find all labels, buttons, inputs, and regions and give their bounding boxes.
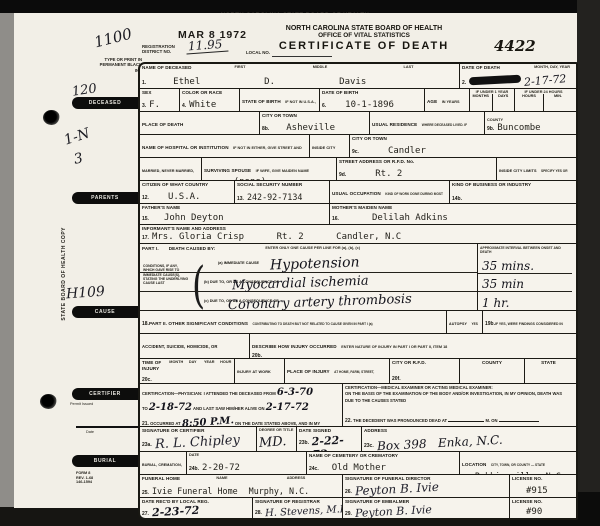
interval-header: APPROXIMATE INTERVAL BETWEEN ONSET AND D… [478,244,572,256]
embalmer-license-value: #90 [512,507,542,517]
field-label: IF YES, WERE FINDINGS CONSIDERED IN DETE… [485,322,563,333]
field-number: 17. [142,235,149,241]
field-under-1-year: IF UNDER 1 YEAR MONTHSDAYS [470,89,515,111]
field-industry: KIND OF BUSINESS OR INDUSTRY 14b. [450,181,572,203]
field-label: DATE OF DEATH [462,65,500,71]
field-number: 26. [345,489,352,495]
field-label: DATE [189,453,304,457]
col-months: MONTHS [470,94,492,111]
field-number: 13. [237,196,244,202]
cause-b-value: Myocardial ischemia [232,274,369,294]
field-pod-inside-city-limits: INSIDE CITY LIMITS SPECIFY YES OR NO 8d.… [310,135,350,157]
field-mother-name: MOTHER'S MAIDEN NAME 16.Delilah Adkins [330,204,572,224]
director-license-value: #915 [512,486,548,496]
col-header-last: LAST [360,65,457,71]
field-place-of-injury: PLACE OF INJURY AT HOME, FARM, STREET, F… [285,359,390,383]
certifier-address-value: Box 398 Enka, N.C. [376,433,502,451]
field-label: STREET ADDRESS OR R.F.D. No. [339,159,494,165]
field-label: BURIAL, CREMATION, OTHER [142,463,182,474]
field-certifier-address: ADDRESS 23c.Box 398 Enka, N.C. [362,427,572,451]
field-embalmer-signature: SIGNATURE OF EMBALMER 29.Peyton B. Ivie [343,498,510,518]
field-sublabel: MONTH, DAY, YEAR [534,65,570,71]
certificate-paper: 1100 TYPE OR PRINT IN PERMANENT BLACK IN… [14,13,577,508]
field-occupation: USUAL OCCUPATION KIND OF WORK DONE DURIN… [330,181,450,203]
margin-tab-cause: CAUSE [72,306,138,318]
field-label: LOCATION [462,462,486,467]
group-label: USUAL RESIDENCE [372,122,417,127]
field-number: 20c. [142,377,152,383]
board-name: NORTH CAROLINA STATE BOARD OF HEALTH [264,25,464,32]
field-number: 4. [182,103,186,109]
field-label: NAME OF CEMETERY OR CREMATORY [309,453,457,459]
physician-cert-text1: I ATTENDED THE DECEASED FROM [204,391,276,396]
local-no-blank [272,56,332,57]
field-funeral-home: FUNERAL HOME NAME ADDRESS 25. Ivie Funer… [140,475,343,497]
certificate-number: 4422 [494,37,536,55]
field-part2-conditions: 18.PART II. OTHER SIGNIFICANT CONDITIONS… [140,311,447,333]
field-place-of-death-county: PLACE OF DEATH COUNTY 8a.Buncombe [140,112,260,134]
attended-to-date: 2-18-72 [149,400,192,415]
page-title: CERTIFICATE OF DEATH [264,40,464,52]
field-autopsy: AUTOPSY YES OR NO 19a.No [447,311,483,333]
field-label: COLOR OR RACE [182,90,237,96]
scan-top-bar [0,0,600,13]
field-label: MOTHER'S MAIDEN NAME [332,205,570,211]
cemetery-location-value: Robbinsville, N.C. [475,471,566,474]
field-informant: INFORMANT'S NAME AND ADDRESS 17.Mrs. Glo… [140,225,572,243]
punch-hole-top [43,110,60,125]
registration-district-label: REGISTRATION DISTRICT NO. [142,44,184,55]
field-surviving-spouse: SURVIVING SPOUSE IF WIFE, GIVE MAIDEN NA… [202,158,337,180]
registration-district-value: 11.95 [186,37,229,55]
field-director-license: LICENSE NO. #915 [510,475,572,497]
col-hour: HOUR [218,360,235,371]
strikeout-scribble [469,75,521,86]
margin-date-line [76,426,138,428]
date-of-death-value: 2-17-72 [524,72,567,88]
physician-cert-title: CERTIFICATION—PHYSICIAN: [142,391,202,396]
field-number: 29. [345,511,352,517]
field-date-of-death: DATE OF DEATH MONTH, DAY, YEAR 2. 2-17-7… [460,64,572,88]
spouse-value: (none) [214,177,267,180]
part1-label: PART I. [142,246,159,254]
field-label: CITY OR R.F.D. [392,360,457,366]
col-name: NAME [192,476,252,482]
me-cert-text1: ON THE BASIS OF THE [345,391,391,396]
margin-handwriting-1n: 1-N [62,125,92,148]
residence-county-value: Buncombe [497,123,540,133]
field-injury-state: STATE [525,359,572,383]
interval-a-value: 35 mins. [478,256,572,274]
field-number: 24c. [309,466,319,472]
section-certification-medical-examiner: CERTIFICATION—MEDICAL EXAMINER OR ACTING… [343,384,572,426]
date-signed-value: 2-22-72 [311,432,359,451]
m-on-label: M. ON [485,418,497,423]
punch-hole-bottom [40,394,57,409]
field-label: AGE [427,99,437,104]
cause-line-b: (b) DUE TO, OR AS A CONSEQUENCE OF Myoca… [140,273,477,292]
burial-date-value: 2-20-72 [202,463,240,473]
field-age: AGE IN YEARS LAST BIRTHDAY 7.75 [425,89,470,111]
field-number: 15. [142,216,149,222]
name-middle-value: D. [264,77,336,87]
col-min: MIN. [543,94,572,111]
section-cause-interval: APPROXIMATE INTERVAL BETWEEN ONSET AND D… [478,244,572,310]
field-label: SIGNATURE OF REGISTRAR [255,499,340,505]
field-number: 1. [142,80,146,86]
field-label: INSIDE CITY LIMITS [499,169,537,173]
field-injury-county: COUNTY [460,359,525,383]
field-label: MARRIED, NEVER MARRIED, WIDOWED, DIVORCE… [142,169,194,180]
margin-copy-label: STATE BOARD OF HEALTH COPY [61,227,67,321]
field-label: ADDRESS [364,428,570,434]
margin-print-note: TYPE OR PRINT IN PERMANENT BLACK INK [98,57,142,73]
ssn-value: 242-92-7134 [247,192,302,202]
field-sex: SEX 3.F. [140,89,180,111]
field-label: PLACE OF INJURY [287,369,330,374]
field-date-signed: DATE SIGNED 23b.2-22-72 [297,427,362,451]
margin-form-note-3: 146-1594 [76,480,93,485]
field-number: 25. [142,490,149,496]
field-label: SEX [142,90,177,96]
name-first-value: Ethel [149,77,261,87]
field-number: 12. [142,195,149,201]
degree-value: MD. [259,434,287,451]
field-label: CITIZEN OF WHAT COUNTRY [142,182,232,188]
field-number: 9c. [352,149,359,155]
field-name-of-deceased: NAME OF DECEASED FIRST MIDDLE LAST 1. Et… [140,64,460,88]
field-ssn: SOCIAL SECURITY NUMBER 13.242-92-7134 [235,181,330,203]
field-sublabel: CONTRIBUTING TO DEATH BUT NOT RELATED TO… [252,322,372,326]
field-label: NAME OF HOSPITAL OR INSTITUTION [142,145,229,150]
field-number: 19b. [485,321,495,327]
field-date-of-birth: DATE OF BIRTH 6.10-1-1896 [320,89,425,111]
cause-c-value: Coronary artery thrombosis [228,292,412,310]
field-number: 23a. [142,442,152,448]
funeral-director-signature-value: Peyton B. Ivie [355,480,440,497]
field-time-of-injury: TIME OF INJURY MONTH DAY YEAR HOUR 20c. [140,359,235,383]
caused-by-label: DEATH CAUSED BY: [169,246,216,254]
field-label: USUAL OCCUPATION [332,191,381,196]
field-number: 27. [142,511,149,517]
field-citizen: CITIZEN OF WHAT COUNTRY 12.U.S.A. [140,181,235,203]
field-place-of-death-city: CITY OR TOWN 8b.Asheville [260,112,370,134]
field-label: FATHER'S NAME [142,205,327,211]
section-cause-part1: PART I. DEATH CAUSED BY: ENTER ONLY ONE … [140,244,478,310]
field-accident-type: ACCIDENT, SUICIDE, HOMICIDE, OR UNDETERM… [140,334,250,358]
cause-a-value: Hypotension [270,254,360,273]
scan-right-bar [577,0,600,526]
field-label: SURVIVING SPOUSE [204,168,251,173]
field-label: STATE [527,360,570,366]
field-number: 28. [255,510,262,516]
field-injury-at-work: INJURY AT WORK SPECIFY YES OR NO 20d. [235,359,285,383]
field-certifier-signature: SIGNATURE OR CERTIFIER 23a.R. L. Chipley [140,427,257,451]
field-number: 20f. [392,376,401,382]
field-sublabel: IF WIFE, GIVE MAIDEN NAME [256,169,309,173]
name-last-value: Davis [339,77,366,87]
field-label: INSIDE CITY LIMITS [312,146,335,157]
field-sublabel: ENTER NATURE OF INJURY IN PART I OR PART… [341,345,447,349]
field-state-of-birth: STATE OF BIRTH IF NOT IN U.S.A., NAME CO… [240,89,320,111]
field-label: AUTOPSY [449,322,467,326]
field-autopsy-findings: 19b.IF YES, WERE FINDINGS CONSIDERED IN … [483,311,572,333]
cause-line-a: (a) IMMEDIATE CAUSE Hypotension [140,254,477,273]
field-burial-date: DATE 24b.2-20-72 [187,452,307,474]
col-header-first: FIRST [200,65,280,71]
field-label: INJURY AT WORK [237,370,271,374]
citizen-value: U.S.A. [152,192,201,202]
margin-handwriting-1100: 1100 [92,25,133,52]
pronounced-dead-text: THE DECEDENT WAS PRONOUNCED DEAD AT [353,418,447,423]
field-number: 14b. [452,196,462,202]
interval-c-value: 1 hr. [478,292,572,310]
field-number: 18. [142,321,149,327]
field-hospital: NAME OF HOSPITAL OR INSTITUTION IF NOT I… [140,135,310,157]
col-header-middle: MIDDLE [280,65,360,71]
col-day: DAY [185,360,202,371]
certifier-signature-value: R. L. Chipley [154,433,240,451]
margin-permit-note: Permit Issued [70,402,93,407]
field-label: PART II. OTHER SIGNIFICANT CONDITIONS [149,321,248,326]
date-of-birth-value: 10-1-1896 [329,100,394,110]
field-number: 9b. [487,126,494,132]
office-name: OFFICE OF VITAL STATISTICS [264,32,464,39]
field-number: 9d. [339,172,346,178]
field-residence-state: USUAL RESIDENCE WHERE DECEASED LIVED. IF… [370,112,485,134]
field-label: DATE OF BIRTH [322,90,422,96]
field-label: SOCIAL SECURITY NUMBER [237,182,327,188]
margin-tab-deceased: DECEASED [72,97,138,109]
field-label: FUNERAL HOME [142,476,192,482]
street-address-value: Rt. 2 [349,169,402,179]
field-label: TIME OF INJURY [142,360,168,371]
field-number: 16. [332,216,339,222]
margin-tab-burial: BURIAL [72,455,138,467]
field-label: ACCIDENT, SUICIDE, HOMICIDE, OR UNDETERM… [142,344,217,358]
certificate-form: NAME OF DECEASED FIRST MIDDLE LAST 1. Et… [138,62,578,520]
funeral-home-name-value: Ivie Funeral Home [152,486,238,496]
cause-line-c: (c) DUE TO, OR AS A CONSEQUENCE OF Coron… [140,292,477,310]
field-marital-status: MARRIED, NEVER MARRIED, WIDOWED, DIVORCE… [140,158,202,180]
col-hours: HOURS [515,94,543,111]
field-label: STATE OF BIRTH [242,99,281,104]
field-number: 23b. [299,440,309,446]
margin-tab-parents: PARENTS [72,192,138,204]
field-label: LICENSE NO. [512,499,570,505]
field-embalmer-license: LICENSE NO. #90 [510,498,572,518]
field-label: CITY OR TOWN [262,113,367,119]
field-date-received: DATE REC'D BY LOCAL REG. 27.2-23-72 [140,498,253,518]
pod-city-value: Asheville [272,123,335,133]
field-label: LICENSE NO. [512,476,570,482]
field-degree-title: DEGREE OR TITLE MD. [257,427,297,451]
funeral-home-address-value: Murphy, N.C. [249,486,310,496]
blank-line [499,415,539,422]
field-funeral-director-signature: SIGNATURE OF FUNERAL DIRECTOR 26.Peyton … [343,475,510,497]
field-label: NAME OF DECEASED [142,65,200,71]
field-residence-city: CITY OR TOWN 9c.Candler [350,135,572,157]
field-label: KIND OF BUSINESS OR INDUSTRY [452,182,570,188]
field-label: DESCRIBE HOW INJURY OCCURRED [252,344,337,349]
field-label: INFORMANT'S NAME AND ADDRESS [142,226,570,232]
field-number: 20b. [252,353,262,358]
field-label: DEGREE OR TITLE [259,428,294,432]
registrar-signature-value: H. Stevens, M.D. [265,504,343,518]
field-injury-description: DESCRIBE HOW INJURY OCCURRED ENTER NATUR… [250,334,572,358]
to-label: TO [142,406,148,411]
mother-name-value: Delilah Adkins [342,213,448,223]
last-alive-date: 2-17-72 [266,400,309,415]
margin-handwriting-3: 3 [72,150,84,168]
field-sublabel: CITY, TOWN, OR COUNTY — STATE [491,463,545,467]
blank-line [448,415,484,422]
field-label: COUNTY [462,360,522,366]
interval-b-value: 35 min [478,274,572,292]
sex-value: F. [149,100,160,110]
col-days: DAYS [492,94,515,111]
part1-note: ENTER ONLY ONE CAUSE PER LINE FOR (a), (… [265,246,360,254]
field-residence-county: COUNTY 9b.Buncombe [485,112,572,134]
margin-date-note: Date [86,430,94,435]
field-under-24-hours: IF UNDER 24 HOURS HOURSMIN. [515,89,572,111]
occurred-label: OCCURRED AT [150,421,180,426]
date-received-value: 2-23-72 [152,503,200,518]
field-injury-city: CITY OR R.F.D. 20f. [390,359,460,383]
col-month: MONTH [168,360,185,371]
field-number: 6. [322,103,326,109]
father-name-value: John Deyton [152,213,224,223]
field-burial-type: BURIAL, CREMATION, OTHER (SPECIFY) 24a.B… [140,452,187,474]
field-father-name: FATHER'S NAME 15.John Deyton [140,204,330,224]
field-number: 21. [142,421,149,426]
field-number: 3. [142,103,146,109]
attended-from-date: 6-3-70 [277,385,313,400]
field-label: CITY OR TOWN [352,136,570,142]
section-certification-physician: CERTIFICATION—PHYSICIAN: I ATTENDED THE … [140,384,343,426]
informant-value: Mrs. Gloria Crisp Rt. 2 Candler, N.C [152,232,401,242]
field-race: COLOR OR RACE 4.White [180,89,240,111]
field-residence-inside-city-limits: INSIDE CITY LIMITS SPECIFY YES OR NO 9e.… [497,158,572,180]
residence-city-value: Candler [362,146,426,156]
cause-a-label: (a) IMMEDIATE CAUSE [218,261,259,265]
margin-tab-certifier: CERTIFIER [72,388,138,400]
field-registrar-signature: SIGNATURE OF REGISTRAR 28.H. Stevens, M.… [253,498,343,518]
margin-handwriting-h109: H109 [65,284,105,303]
physician-cert-text2: AND LAST SAW HIM/HER ALIVE ON [193,406,265,411]
field-cemetery-location: LOCATION CITY, TOWN, OR COUNTY — STATE 2… [460,452,572,474]
field-street-address: STREET ADDRESS OR R.F.D. No. 9d.Rt. 2 [337,158,497,180]
field-number: 2. [462,80,466,86]
col-year: YEAR [201,360,218,371]
race-value: White [189,100,216,110]
field-number: 24b. [189,466,199,472]
field-number: 8b. [262,126,269,132]
field-label: COUNTY [487,118,570,122]
cemetery-value: Old Mother [322,463,386,473]
field-number: 22. [345,418,352,424]
field-number: 23c. [364,443,374,449]
group-label: PLACE OF DEATH [142,122,183,127]
time-of-death-value: 8:50 P.M. [181,413,234,426]
field-cemetery: NAME OF CEMETERY OR CREMATORY 24c.Old Mo… [307,452,460,474]
embalmer-signature-value: Peyton B. Ivie [355,502,432,518]
col-address: ADDRESS [252,476,340,482]
